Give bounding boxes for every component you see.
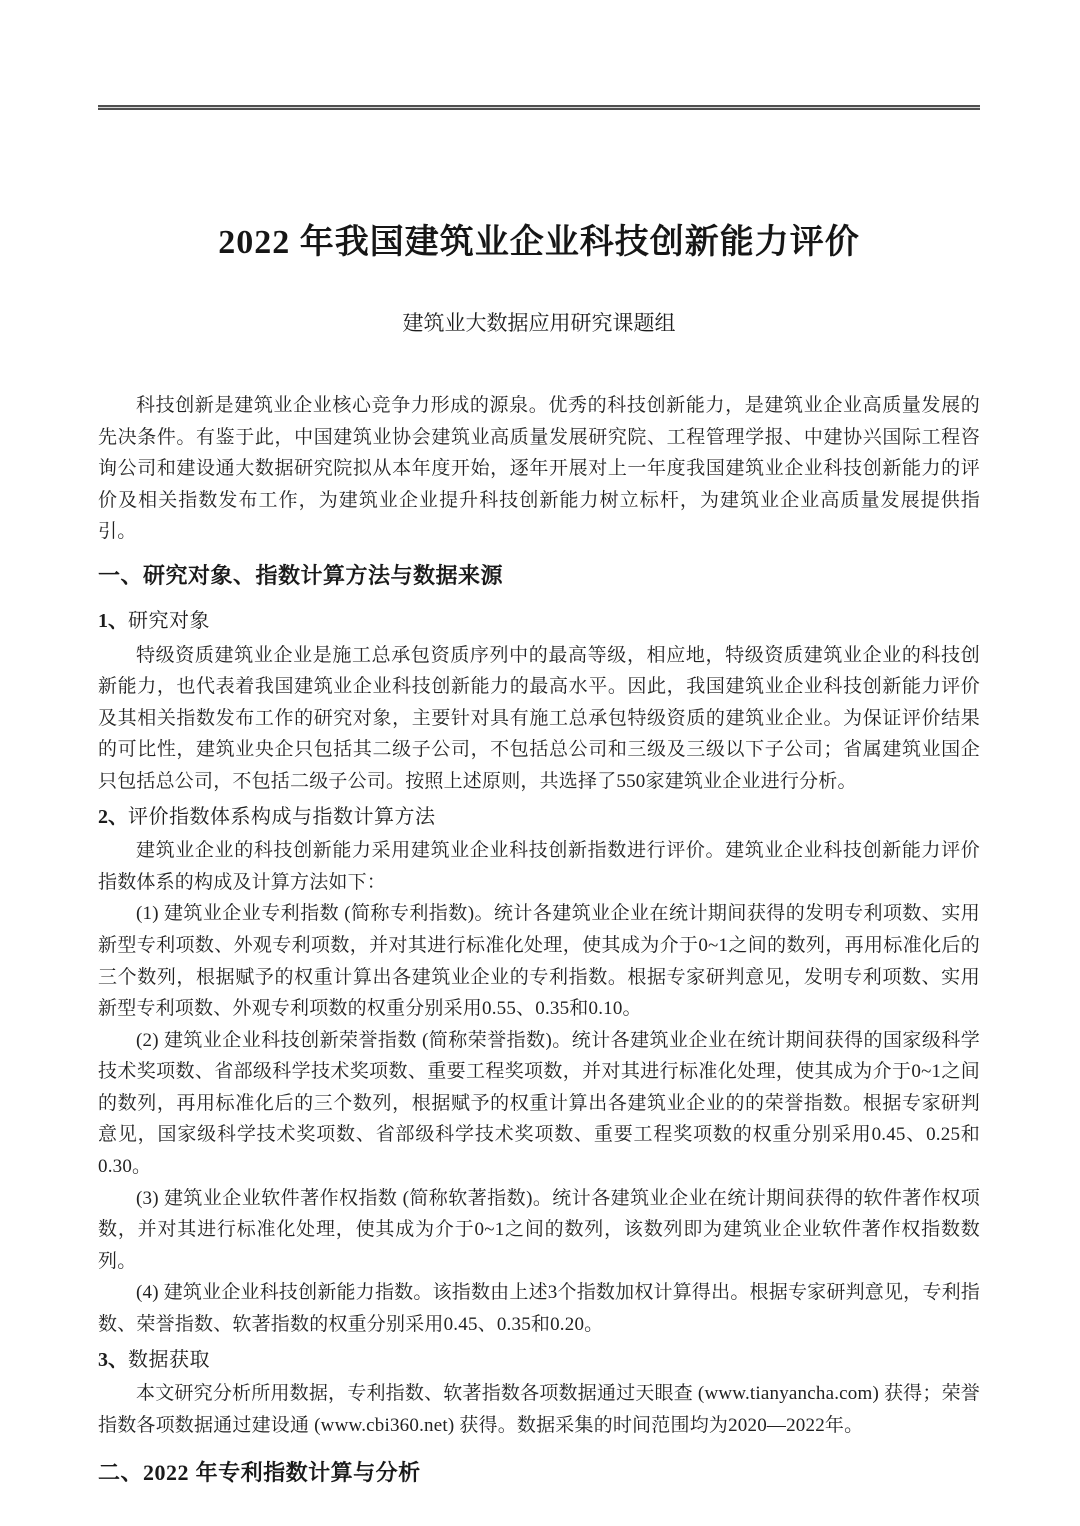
top-rule xyxy=(98,105,980,110)
intro-paragraph: 科技创新是建筑业企业核心竞争力形成的源泉。优秀的科技创新能力，是建筑业企业高质量… xyxy=(98,390,980,548)
document-page: 2022 年我国建筑业企业科技创新能力评价 建筑业大数据应用研究课题组 科技创新… xyxy=(0,0,1080,1526)
paragraph-software-copyright-index: (3) 建筑业企业软件著作权指数 (简称软著指数)。统计各建筑业企业在统计期间获… xyxy=(98,1183,980,1278)
page-title: 2022 年我国建筑业企业科技创新能力评价 xyxy=(98,220,980,266)
subsection-2-label: 评价指数体系构成与指数计算方法 xyxy=(128,806,436,828)
subsection-3-number: 3、 xyxy=(98,1349,128,1371)
subsection-1-number: 1、 xyxy=(98,610,128,632)
paragraph-patent-index: (1) 建筑业企业专利指数 (简称专利指数)。统计各建筑业企业在统计期间获得的发… xyxy=(98,898,980,1024)
section-2-title-rest: 年专利指数计算与分析 xyxy=(189,1460,421,1485)
subsection-1-label: 研究对象 xyxy=(128,610,210,632)
subsection-3-label: 数据获取 xyxy=(128,1349,210,1371)
subsection-2-number: 2、 xyxy=(98,806,128,828)
paragraph-honor-index: (2) 建筑业企业科技创新荣誉指数 (简称荣誉指数)。统计各建筑业企业在统计期间… xyxy=(98,1025,980,1183)
paragraph-research-object: 特级资质建筑业企业是施工总承包资质序列中的最高等级，相应地，特级资质建筑业企业的… xyxy=(98,640,980,798)
section-2-heading: 二、2022 年专利指数计算与分析 xyxy=(98,1457,980,1489)
subsection-2-heading: 2、评价指数体系构成与指数计算方法 xyxy=(98,802,980,834)
author-group: 建筑业大数据应用研究课题组 xyxy=(98,308,980,338)
section-1-heading: 一、研究对象、指数计算方法与数据来源 xyxy=(98,560,980,592)
section-2-number: 二、 xyxy=(98,1460,143,1485)
subsection-1-heading: 1、研究对象 xyxy=(98,606,980,638)
page-content: 2022 年我国建筑业企业科技创新能力评价 建筑业大数据应用研究课题组 科技创新… xyxy=(98,105,980,1489)
subsection-3-heading: 3、数据获取 xyxy=(98,1345,980,1377)
section-2-year: 2022 xyxy=(143,1460,189,1485)
paragraph-capability-index: (4) 建筑业企业科技创新能力指数。该指数由上述3个指数加权计算得出。根据专家研… xyxy=(98,1277,980,1340)
paragraph-data-acquisition: 本文研究分析所用数据，专利指数、软著指数各项数据通过天眼查 (www.tiany… xyxy=(98,1378,980,1441)
paragraph-index-system-intro: 建筑业企业的科技创新能力采用建筑业企业科技创新指数进行评价。建筑业企业科技创新能… xyxy=(98,835,980,898)
